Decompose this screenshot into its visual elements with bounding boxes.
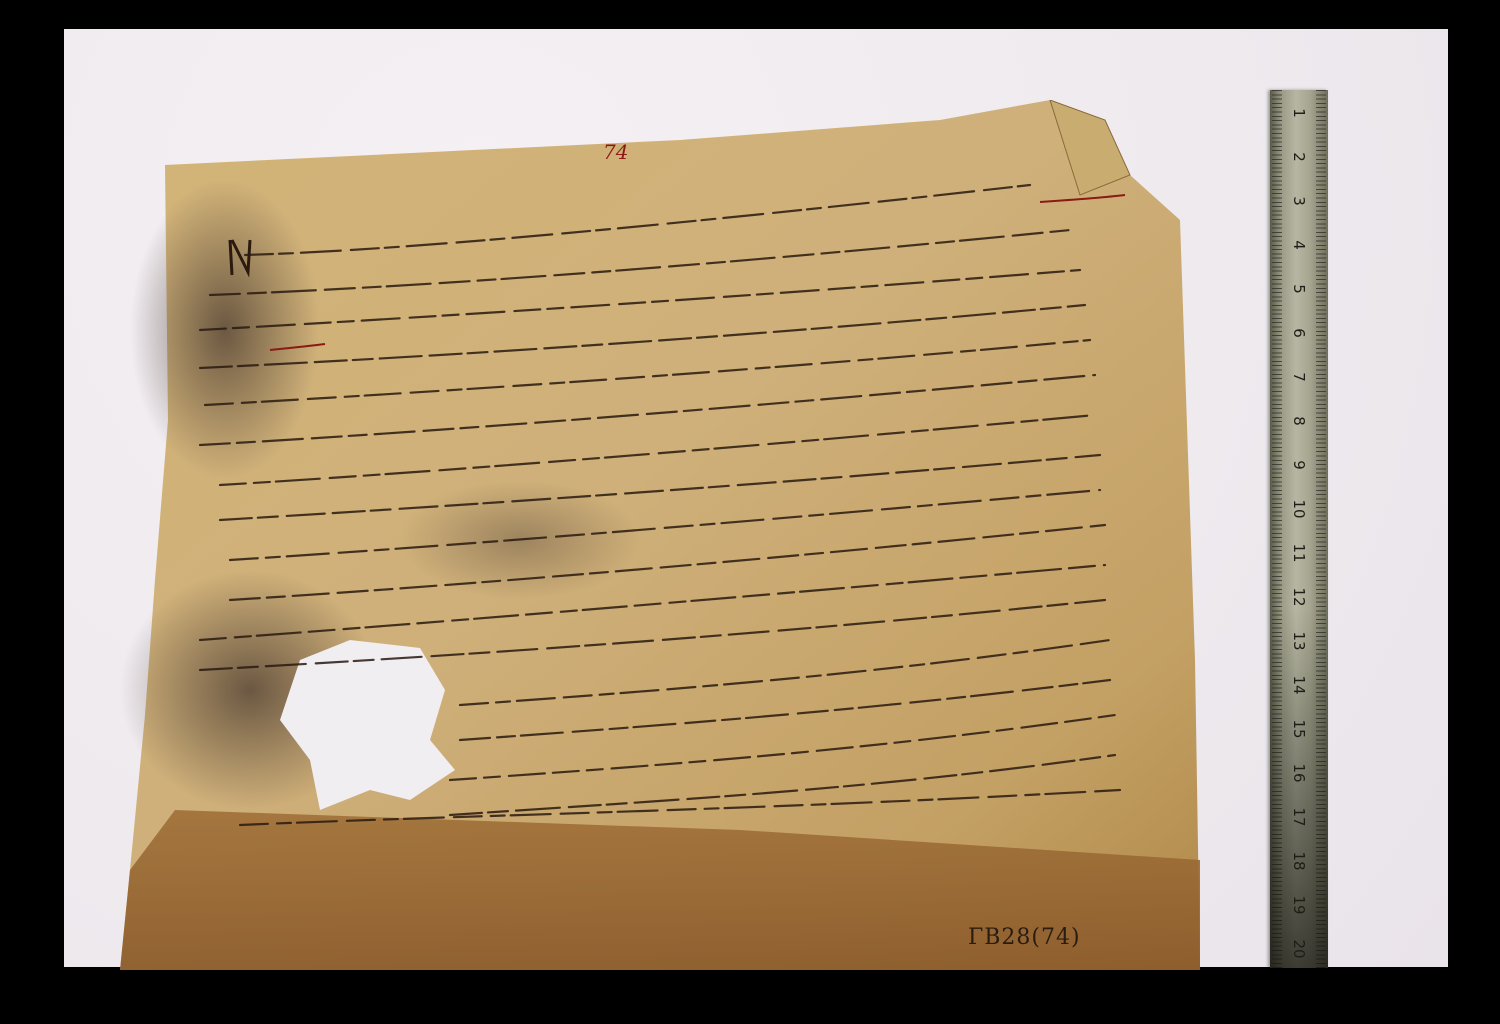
ruler-label: 8 xyxy=(1290,410,1308,432)
ruler-label: 20 xyxy=(1290,938,1308,960)
ruler-label: 19 xyxy=(1290,894,1308,916)
ruler-label: 7 xyxy=(1290,366,1308,388)
ruler-label: 13 xyxy=(1290,630,1308,652)
folio-number: 74 xyxy=(603,140,628,164)
catalog-mark: ΓB28(74) xyxy=(968,925,1081,950)
ruler-label: 6 xyxy=(1290,322,1308,344)
ruler-label: 15 xyxy=(1290,718,1308,740)
parchment-document xyxy=(120,100,1210,970)
ruler-label: 2 xyxy=(1290,146,1308,168)
metal-ruler: 1 2 3 4 5 6 7 8 9 10 11 12 13 14 15 16 1… xyxy=(1270,90,1328,968)
ruler-label: 16 xyxy=(1290,762,1308,784)
ruler-label: 9 xyxy=(1290,454,1308,476)
ruler-label: 12 xyxy=(1290,586,1308,608)
ruler-label: 10 xyxy=(1290,498,1308,520)
ruler-label: 3 xyxy=(1290,190,1308,212)
ruler-label: 18 xyxy=(1290,850,1308,872)
ruler-label: 17 xyxy=(1290,806,1308,828)
ruler-label: 11 xyxy=(1290,542,1308,564)
ruler-label: 4 xyxy=(1290,234,1308,256)
ruler-label: 5 xyxy=(1290,278,1308,300)
ruler-label: 14 xyxy=(1290,674,1308,696)
ruler-label: 1 xyxy=(1290,102,1308,124)
